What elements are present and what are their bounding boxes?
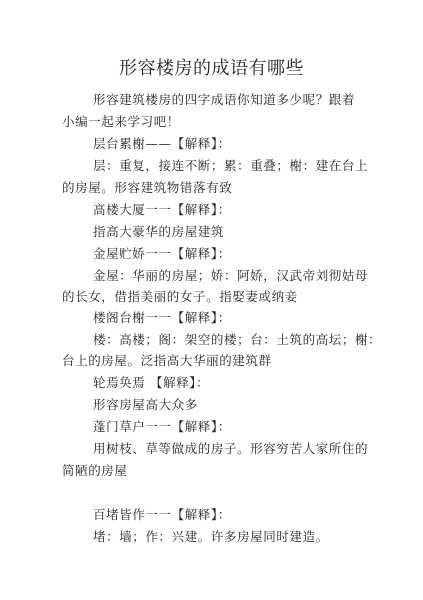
paragraph-line: 楼：高楼；阁：架空的楼；台：土筑的高坛；榭： [93, 330, 381, 348]
paragraph-line: 堵：墙；作：兴建。许多房屋同时建造。 [93, 527, 329, 545]
paragraph-line: 层：重复，接连不断；累：重叠；榭：建在台上 [93, 156, 368, 174]
paragraph-line: 层台累榭——【解释】： [93, 134, 231, 152]
paragraph-line: 指高大豪华的房屋建筑 [93, 222, 224, 240]
paragraph-line: 轮焉奂焉 【解释】： [93, 373, 209, 391]
paragraph-line: 小编一起来学习吧！ [62, 112, 180, 130]
paragraph-line: 的长女，借指美丽的女子。指娶妻或纳妾 [62, 287, 298, 305]
paragraph-line: 百堵皆作一一【解释】： [93, 505, 231, 523]
paragraph-line: 金屋贮娇一一【解释】： [93, 244, 231, 262]
paragraph-line: 用树枝、草等做成的房子。形容穷苦人家所住的 [93, 439, 368, 457]
paragraph-line: 的房屋。形容建筑物错落有致 [62, 178, 232, 196]
document-title: 形容楼房的成语有哪些 [0, 54, 423, 80]
paragraph-line: 简陋的房屋 [62, 461, 128, 479]
paragraph-line: 台上的房屋。泛指高大华丽的建筑群 [62, 351, 272, 369]
paragraph-line: 形容房屋高大众多 [93, 395, 198, 413]
paragraph-line: 金屋：华丽的房屋；娇：阿娇，汉武帝刘彻姑母 [93, 266, 368, 284]
paragraph-line: 楼阁台榭一一【解释】： [93, 308, 231, 326]
paragraph-line: 高楼大厦一一【解释】： [93, 200, 231, 218]
paragraph-line: 形容建筑楼房的四字成语你知道多少呢？跟着 [93, 90, 355, 108]
paragraph-line: 蓬门草户一一【解释】： [93, 417, 231, 435]
